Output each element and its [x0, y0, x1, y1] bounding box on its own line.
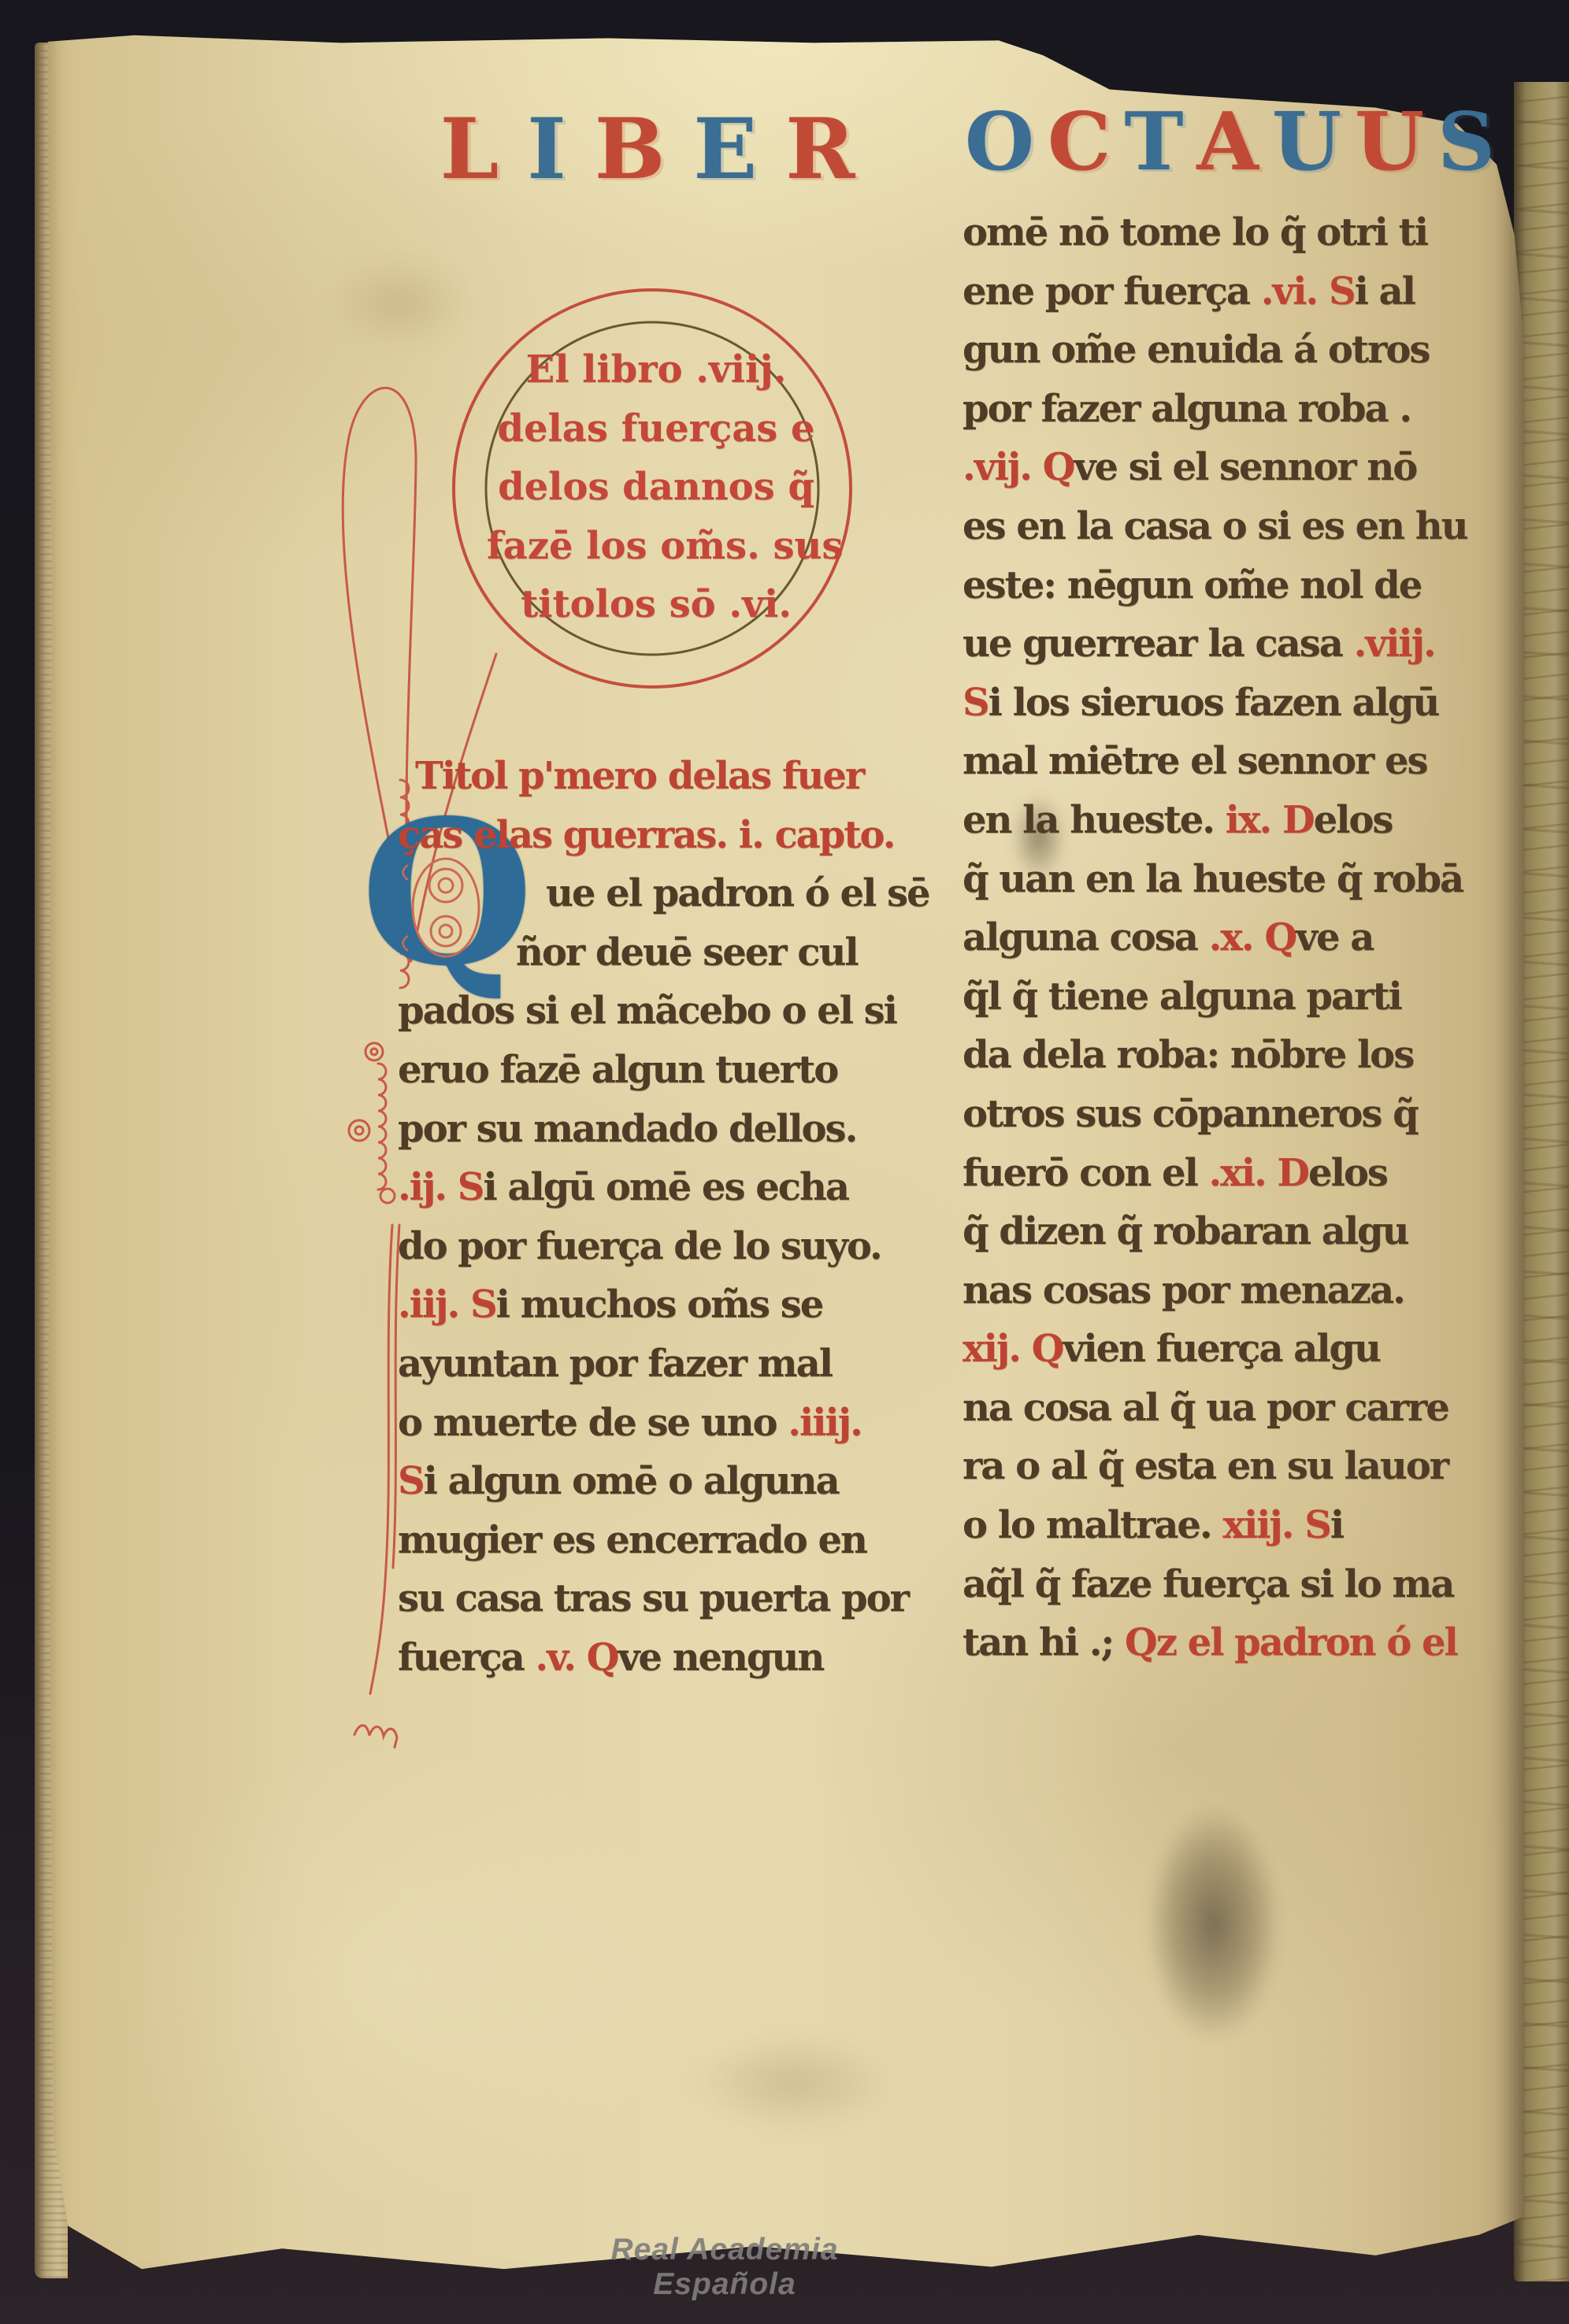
text-line: ene por fuerça .vi. Si al [963, 262, 1498, 321]
text-line: alguna cosa .x. Qve a [963, 908, 1498, 967]
text-line: en la hueste. ix. Delos [963, 791, 1498, 850]
text-line: aq̃l q̃ faze fuerça si lo ma [963, 1555, 1498, 1614]
text-line: pados si el mãcebo o el si [398, 982, 933, 1041]
text-line: Si los sieruos fazen algū [963, 674, 1498, 733]
title-letter: U [1355, 95, 1437, 188]
title-letter: A [1197, 95, 1272, 188]
text-line: eruo fazē algun tuerto [398, 1041, 933, 1100]
title-letter: B [595, 99, 694, 198]
ink-stain [1147, 1806, 1281, 2042]
text-line: delas fuerças e [487, 399, 825, 458]
text-line: ças elas guerras. i. capto. [398, 806, 933, 865]
text-line: xij. Qvien fuerça algu [963, 1320, 1498, 1379]
title-letter: T [1124, 95, 1196, 188]
text-line: titolos sō .vi. [487, 575, 825, 634]
text-line: .ij. Si algū omē es echa [398, 1158, 933, 1217]
text-line: gun om̃e enuida á otros [963, 321, 1498, 380]
text-line: fazē los om̃s. sus [487, 517, 825, 576]
title-letter: U [1272, 95, 1355, 188]
text-line: .vij. Qve si el sennor nō [963, 438, 1498, 497]
text-line: ñor deuē seer cul [398, 923, 933, 982]
text-line: Si algun omē o alguna [398, 1452, 933, 1511]
text-line: mal miētre el sennor es [963, 732, 1498, 791]
text-line: omē nō tome lo q̃ otri ti [963, 203, 1498, 262]
text-line: es en la casa o si es en hu [963, 497, 1498, 556]
text-line: tan hi .; Qz el padron ó el [963, 1613, 1498, 1672]
text-line: nas cosas por menaza. [963, 1261, 1498, 1320]
text-line: mugier es encerrado en [398, 1511, 933, 1570]
text-line: fuerça .v. Qve nengun [398, 1628, 933, 1687]
title-letter: S [1437, 95, 1508, 188]
text-line: su casa tras su puerta por [398, 1569, 933, 1628]
running-title-octauus: OCTAUUS [970, 95, 1503, 205]
title-letter: R [785, 99, 883, 198]
text-line: q̃ uan en la hueste q̃ robā [963, 850, 1498, 909]
text-line: otros sus cōpanneros q̃ [963, 1085, 1498, 1144]
text-line: ra o al q̃ esta en su lauor [963, 1437, 1498, 1496]
right-text-column: omē nō tome lo q̃ otri tiene por fuerça … [963, 203, 1498, 1672]
text-line: fuerō con el .xi. Delos [963, 1144, 1498, 1203]
text-line: o lo maltrae. xiij. Si [963, 1496, 1498, 1555]
title-letter: C [1048, 95, 1124, 188]
text-line: por fazer alguna roba . [963, 380, 1498, 439]
text-line: este: nēgun om̃e nol de [963, 556, 1498, 615]
parchment-discoloration [692, 2036, 896, 2130]
text-line: ayuntan por fazer mal [398, 1335, 933, 1394]
text-line: .iij. Si muchos om̃s se [398, 1275, 933, 1335]
running-title-liber: LIBER [406, 99, 918, 210]
text-line: por su mandado dellos. [398, 1100, 933, 1159]
title-letter: O [965, 95, 1048, 188]
title-letter: L [440, 99, 528, 198]
watermark: Real Academia Española [543, 2233, 906, 2302]
text-line: ue el padron ó el sē [398, 864, 933, 923]
text-line: na cosa al q̃ ua por carre [963, 1379, 1498, 1438]
text-line: Titol p'mero delas fuer [398, 747, 933, 806]
text-line: da dela roba: nōbre los [963, 1026, 1498, 1085]
text-line: ue guerrear la casa .viij. [963, 614, 1498, 674]
circle-rubric-text: El libro .viij.delas fuerças edelos dann… [487, 340, 825, 634]
text-line: delos dannos q̃ [487, 458, 825, 517]
text-line: El libro .viij. [487, 340, 825, 399]
text-line: do por fuerça de lo suyo. [398, 1217, 933, 1276]
left-text-column: Titol p'mero delas fuerças elas guerras.… [398, 747, 933, 1687]
text-line: q̃ dizen q̃ robaran algu [963, 1202, 1498, 1261]
title-letter: E [693, 99, 785, 198]
photo-background: { "document": { "kind": "illuminated-man… [0, 0, 1569, 2324]
text-line: q̃l q̃ tiene alguna parti [963, 967, 1498, 1026]
text-line: o muerte de se uno .iiij. [398, 1394, 933, 1453]
title-letter: I [527, 99, 595, 198]
